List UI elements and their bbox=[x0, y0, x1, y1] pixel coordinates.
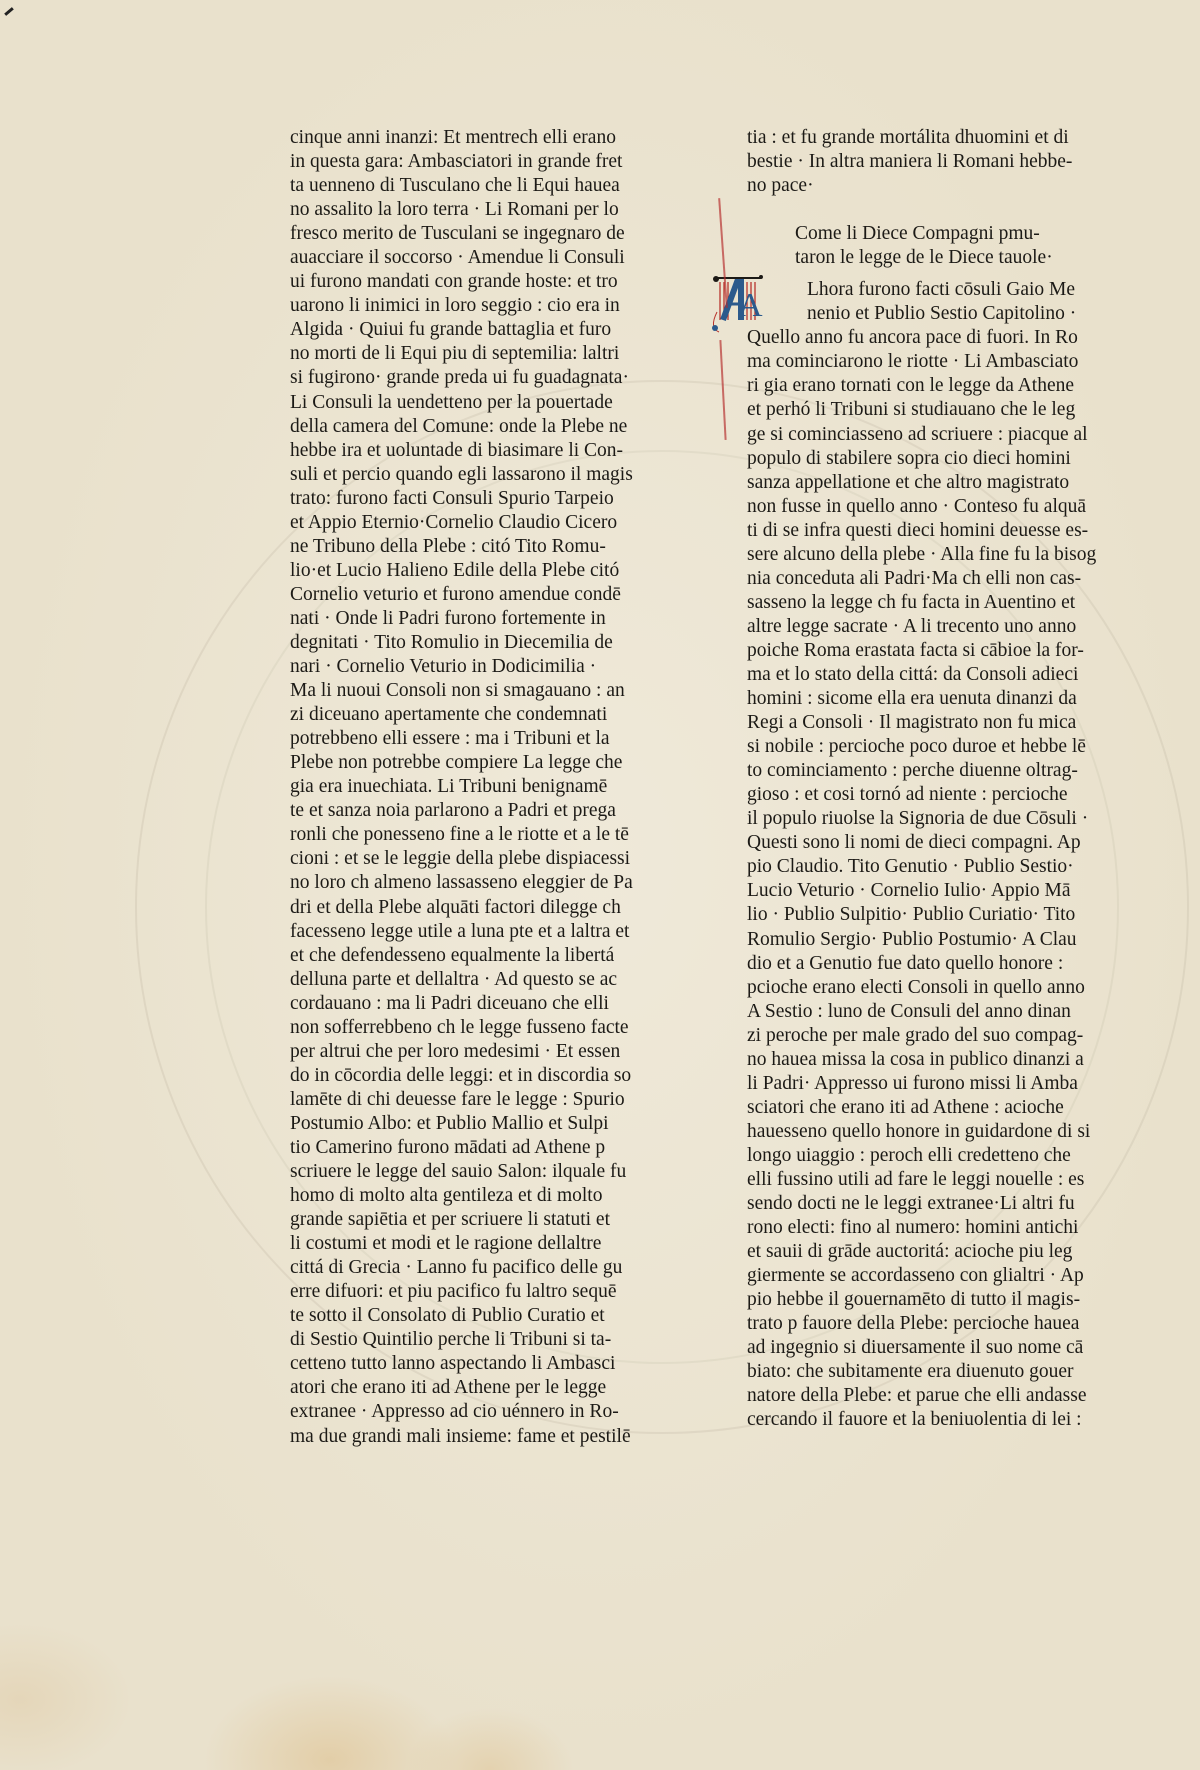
text-line: tia : et fu grande mortálita dhuomini et… bbox=[747, 126, 1102, 150]
text-line: pio Claudio. Tito Genutio · Publio Sesti… bbox=[747, 855, 1102, 879]
text-line: no hauea missa la cosa in publico dinanz… bbox=[747, 1048, 1102, 1072]
text-line: taron le legge de le Diece tauole· bbox=[795, 246, 1102, 270]
text-line: ge si cominciasseno ad scriuere : piacqu… bbox=[747, 423, 1102, 447]
page-background: cinque anni inanzi: Et mentrech elli era… bbox=[0, 0, 1200, 1770]
text-line: et che defendesseno equalmente la libert… bbox=[290, 944, 645, 968]
text-line: erre difuori: et piu pacifico fu laltro … bbox=[290, 1280, 645, 1304]
text-line: giermente se accordasseno con glialtri ·… bbox=[747, 1264, 1102, 1288]
text-line: ma due grandi mali insieme: fame et pest… bbox=[290, 1425, 645, 1449]
text-line: il populo riuolse la Signoria de due Cōs… bbox=[747, 807, 1102, 831]
text-line: Postumio Albo: et Publio Mallio et Sulpi bbox=[290, 1112, 645, 1136]
text-line: ui furono mandati con grande hoste: et t… bbox=[290, 270, 645, 294]
text-line: populo di stabilere sopra cio dieci homi… bbox=[747, 447, 1102, 471]
right-column-body: Quello anno fu ancora pace di fuori. In … bbox=[747, 326, 1102, 1432]
text-line: ne Tribuno della Plebe : citó Tito Romu- bbox=[290, 535, 645, 559]
text-line: do in cōcordia delle leggi: et in discor… bbox=[290, 1064, 645, 1088]
text-line: cinque anni inanzi: Et mentrech elli era… bbox=[290, 126, 645, 150]
text-line: te et sanza noia parlarono a Padri et pr… bbox=[290, 799, 645, 823]
text-line: nari · Cornelio Veturio in Dodicimilia · bbox=[290, 655, 645, 679]
text-line: Cornelio veturio et furono amendue condē bbox=[290, 583, 645, 607]
initial-lines: Lhora furono facti cōsuli Gaio Menenio e… bbox=[747, 278, 1102, 326]
text-line: extranee · Appresso ad cio uénnero in Ro… bbox=[290, 1400, 645, 1424]
text-line: grande sapiētia et per scriuere li statu… bbox=[290, 1208, 645, 1232]
text-line: in questa gara: Ambasciatori in grande f… bbox=[290, 150, 645, 174]
right-column-opening: tia : et fu grande mortálita dhuomini et… bbox=[747, 126, 1102, 198]
text-line: zi peroche per male grado del suo compag… bbox=[747, 1024, 1102, 1048]
text-line: trato: furono facti Consuli Spurio Tarpe… bbox=[290, 487, 645, 511]
text-line: atori che erano iti ad Athene per le leg… bbox=[290, 1376, 645, 1400]
text-line: Plebe non potrebbe compiere La legge che bbox=[290, 751, 645, 775]
text-line: dio et a Genutio fue dato quello honore … bbox=[747, 952, 1102, 976]
text-line: scriuere le legge del sauio Salon: ilqua… bbox=[290, 1160, 645, 1184]
text-line: facesseno legge utile a luna pte et a la… bbox=[290, 920, 645, 944]
text-line: hauesseno quello honore in guidardone di… bbox=[747, 1120, 1102, 1144]
text-line: Algida · Quiui fu grande battaglia et fu… bbox=[290, 318, 645, 342]
text-line: li costumi et modi et le ragione dellalt… bbox=[290, 1232, 645, 1256]
text-line: nia conceduta ali Padri·Ma ch elli non c… bbox=[747, 567, 1102, 591]
text-line: li Padri· Appresso ui furono missi li Am… bbox=[747, 1072, 1102, 1096]
text-line: Romulio Sergio· Publio Postumio· A Clau bbox=[747, 928, 1102, 952]
text-line: altre legge sacrate · A li trecento uno … bbox=[747, 615, 1102, 639]
text-line: ri gia erano tornati con le legge da Ath… bbox=[747, 374, 1102, 398]
text-line: potrebbeno elli essere : ma i Tribuni et… bbox=[290, 727, 645, 751]
text-line: cetteno tutto lanno aspectando li Ambasc… bbox=[290, 1352, 645, 1376]
text-line: trato p fauore della Plebe: percioche ha… bbox=[747, 1312, 1102, 1336]
text-line: te sotto il Consolato di Publio Curatio … bbox=[290, 1304, 645, 1328]
text-line: gia era inuechiata. Li Tribuni benignamē bbox=[290, 775, 645, 799]
text-line: per altrui che per loro medesimi · Et es… bbox=[290, 1040, 645, 1064]
text-line: sasseno la legge ch fu facta in Auentino… bbox=[747, 591, 1102, 615]
right-text-column: tia : et fu grande mortálita dhuomini et… bbox=[747, 126, 1102, 1432]
text-line: si fugirono· grande preda ui fu guadagna… bbox=[290, 366, 645, 390]
text-line: ma et lo stato della cittá: da Consoli a… bbox=[747, 663, 1102, 687]
text-line: rono electi: fino al numero: homini anti… bbox=[747, 1216, 1102, 1240]
text-line: sanza appellatione et che altro magistra… bbox=[747, 471, 1102, 495]
text-line: no morti de li Equi piu di septemilia: l… bbox=[290, 342, 645, 366]
text-line: sendo docti ne le leggi extranee·Li altr… bbox=[747, 1192, 1102, 1216]
text-line: fresco merito de Tusculani se ingegnaro … bbox=[290, 222, 645, 246]
text-line: natore della Plebe: et parue che elli an… bbox=[747, 1384, 1102, 1408]
text-line: dri et della Plebe alquāti factori dileg… bbox=[290, 896, 645, 920]
ink-mark bbox=[4, 7, 14, 16]
text-line: Lucio Veturio · Cornelio Iulio· Appio Mā bbox=[747, 879, 1102, 903]
text-line: delluna parte et dellaltra · Ad questo s… bbox=[290, 968, 645, 992]
text-line: pcioche erano electi Consoli in quello a… bbox=[747, 976, 1102, 1000]
initial-paragraph: A Lhora furono facti cōsuli Gaio Menenio… bbox=[747, 278, 1102, 326]
text-line: bestie · In altra maniera li Romani hebb… bbox=[747, 150, 1102, 174]
text-line: nati · Onde li Padri furono fortemente i… bbox=[290, 607, 645, 631]
text-line: gioso : et cosi tornó ad niente : percio… bbox=[747, 783, 1102, 807]
text-line: cordauano : ma li Padri diceuano che ell… bbox=[290, 992, 645, 1016]
text-line: cercando il fauore et la beniuolentia di… bbox=[747, 1408, 1102, 1432]
text-line: ad ingegnio si diuersamente il suo nome … bbox=[747, 1336, 1102, 1360]
text-line: no loro ch almeno lassasseno eleggier de… bbox=[290, 871, 645, 895]
text-line: pio hebbe il gouernamēto di tutto il mag… bbox=[747, 1288, 1102, 1312]
text-line: to cominciamento : perche diuenne oltrag… bbox=[747, 759, 1102, 783]
text-line: ronli che ponesseno fine a le riotte et … bbox=[290, 823, 645, 847]
text-line: della camera del Comune: onde la Plebe n… bbox=[290, 415, 645, 439]
text-line: A Sestio : luno de Consuli del anno dina… bbox=[747, 1000, 1102, 1024]
text-line: Questi sono li nomi de dieci compagni. A… bbox=[747, 831, 1102, 855]
text-line: sciatori che erano iti ad Athene : acioc… bbox=[747, 1096, 1102, 1120]
text-line: lio·et Lucio Halieno Edile della Plebe c… bbox=[290, 559, 645, 583]
svg-text:A: A bbox=[738, 287, 763, 324]
text-line: homo di molto alta gentileza et di molto bbox=[290, 1184, 645, 1208]
text-line: zi diceuano apertamente che condemnati bbox=[290, 703, 645, 727]
text-line: ma cominciarono le riotte · Li Ambasciat… bbox=[747, 350, 1102, 374]
text-line: elli fussino utili ad fare le leggi noue… bbox=[747, 1168, 1102, 1192]
chapter-heading: Come li Diece Compagni pmu-taron le legg… bbox=[795, 222, 1102, 270]
text-line: et Appio Eternio·Cornelio Claudio Cicero bbox=[290, 511, 645, 535]
text-line: longo uiaggio : peroch elli credetteno c… bbox=[747, 1144, 1102, 1168]
text-line: suli et percio quando egli lassarono il … bbox=[290, 463, 645, 487]
text-line: poiche Roma erastata facta si cābioe la … bbox=[747, 639, 1102, 663]
text-line: tio Camerino furono mādati ad Athene p bbox=[290, 1136, 645, 1160]
text-line: cittá di Grecia · Lanno fu pacifico dell… bbox=[290, 1256, 645, 1280]
text-line: Ma li nuoui Consoli non si smagauano : a… bbox=[290, 679, 645, 703]
decorated-initial-icon: A bbox=[711, 272, 765, 334]
text-line: homini : sicome ella era uenuta dinanzi … bbox=[747, 687, 1102, 711]
text-line: biato: che subitamente era diuenuto goue… bbox=[747, 1360, 1102, 1384]
text-line: et perhó li Tribuni si studiauano che le… bbox=[747, 398, 1102, 422]
text-line: uarono li inimici in loro seggio : cio e… bbox=[290, 294, 645, 318]
text-line: auacciare il soccorso · Amendue li Consu… bbox=[290, 246, 645, 270]
text-line: no pace· bbox=[747, 174, 1102, 198]
text-line: cioni : et se le leggie della plebe disp… bbox=[290, 847, 645, 871]
text-line: et sauii di grāde auctoritá: acioche piu… bbox=[747, 1240, 1102, 1264]
text-line: di Sestio Quintilio perche li Tribuni si… bbox=[290, 1328, 645, 1352]
text-line: Li Consuli la uendetteno per la pouertad… bbox=[290, 391, 645, 415]
text-line: Come li Diece Compagni pmu- bbox=[795, 222, 1102, 246]
text-line: sere alcuno della plebe · Alla fine fu l… bbox=[747, 543, 1102, 567]
text-line: Regi a Consoli · Il magistrato non fu mi… bbox=[747, 711, 1102, 735]
text-line: ti di se infra questi dieci homini deues… bbox=[747, 519, 1102, 543]
text-line: lamēte di chi deuesse fare le legge : Sp… bbox=[290, 1088, 645, 1112]
text-line: no assalito la loro terra · Li Romani pe… bbox=[290, 198, 645, 222]
text-line: Quello anno fu ancora pace di fuori. In … bbox=[747, 326, 1102, 350]
text-line: si nobile : percioche poco duroe et hebb… bbox=[747, 735, 1102, 759]
text-line: ta uenneno di Tusculano che li Equi haue… bbox=[290, 174, 645, 198]
text-line: lio · Publio Sulpitio· Publio Curiatio· … bbox=[747, 903, 1102, 927]
left-text-column: cinque anni inanzi: Et mentrech elli era… bbox=[290, 126, 645, 1449]
text-line: non sofferrebbeno ch le legge fusseno fa… bbox=[290, 1016, 645, 1040]
text-line: hebbe ira et uoluntade di biasimare li C… bbox=[290, 439, 645, 463]
text-line: degnitati · Tito Romulio in Diecemilia d… bbox=[290, 631, 645, 655]
text-line: nenio et Publio Sestio Capitolino · bbox=[807, 302, 1102, 326]
text-line: Lhora furono facti cōsuli Gaio Me bbox=[807, 278, 1102, 302]
text-line: non fusse in quello anno · Conteso fu al… bbox=[747, 495, 1102, 519]
